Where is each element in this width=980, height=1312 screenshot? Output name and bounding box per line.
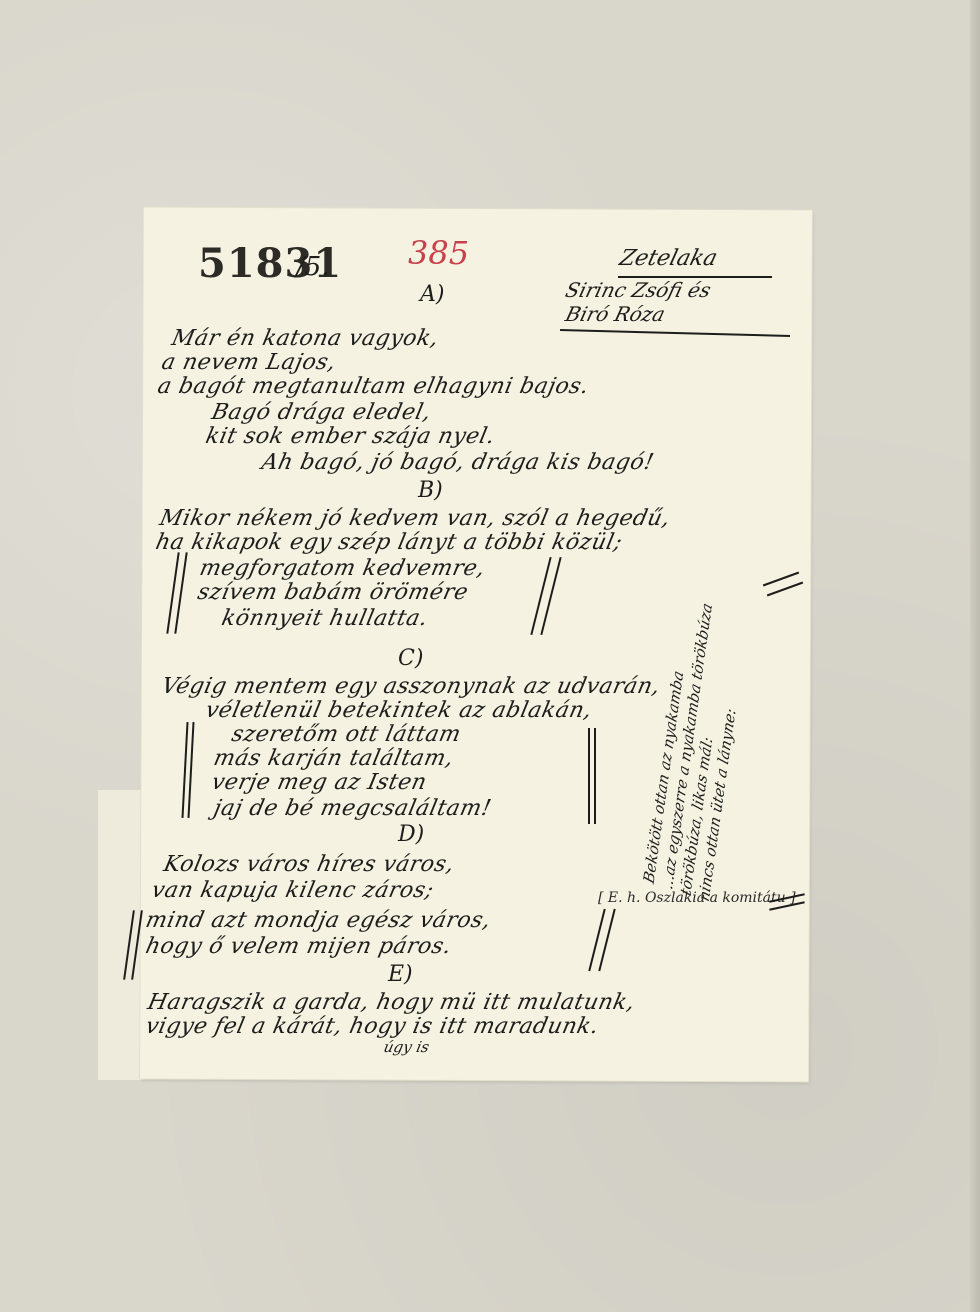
verse-b-line-2: ha kikapok egy szép lányt a többi közül; bbox=[153, 530, 624, 555]
verse-a-line-5: kit sok ember szája nyel. bbox=[203, 424, 497, 449]
place-name: Zetelaka bbox=[617, 246, 720, 271]
verse-a-line-4: Bagó drága eledel, bbox=[209, 400, 433, 425]
verse-b-line-5: könnyeit hullatta. bbox=[219, 606, 430, 631]
verse-d-line-1: Kolozs város híres város, bbox=[161, 852, 456, 877]
informants-line-2: Biró Róza bbox=[563, 302, 668, 326]
verse-b-line-3: megforgatom kedvemre, bbox=[197, 556, 487, 581]
verse-c-line-1: Végig mentem egy asszonynak az udvarán, bbox=[159, 674, 662, 699]
section-mark-b: B) bbox=[418, 478, 443, 503]
verse-a-line-6: Ah bagó, jó bagó, drága kis bagó! bbox=[259, 450, 656, 475]
verse-b-line-1: Mikor nékem jó kedvem van, szól a hegedű… bbox=[157, 506, 672, 531]
verse-c-line-3: szeretőm ott láttam bbox=[229, 722, 463, 747]
verse-d-line-3: mind azt mondja egész város, bbox=[143, 908, 493, 933]
verse-a-line-3: a bagót megtanultam elhagyni bajos. bbox=[155, 374, 591, 399]
section-mark-a: A) bbox=[420, 282, 444, 307]
red-catalog-number: 385 bbox=[408, 234, 469, 272]
verse-b-line-4: szívem babám örömére bbox=[195, 580, 470, 605]
verse-c-line-4: más karján találtam, bbox=[211, 746, 456, 771]
mount-board-edge bbox=[970, 0, 980, 1312]
verse-e-line-1: Haragszik a garda, hogy mü itt mulatunk, bbox=[145, 990, 637, 1015]
verse-c-line-5: verje meg az Isten bbox=[209, 770, 429, 795]
archive-sub-number: /5. bbox=[296, 252, 330, 282]
verse-c-line-2: véletlenül betekintek az ablakán, bbox=[203, 698, 594, 723]
verse-d-line-4: hogy ő velem mijen páros. bbox=[143, 934, 453, 959]
verse-c-line-6: jaj de bé megcsaláltam! bbox=[211, 796, 493, 821]
repeat-bar-right-4 bbox=[594, 728, 596, 824]
verse-a-line-1: Már én katona vagyok, bbox=[169, 326, 441, 351]
section-mark-d: D) bbox=[398, 822, 424, 847]
verse-a-line-2: a nevem Lajos, bbox=[159, 350, 338, 375]
verse-d-line-2: van kapuja kilenc záros; bbox=[149, 878, 436, 903]
section-mark-e: E) bbox=[388, 962, 413, 987]
section-mark-c: C) bbox=[398, 646, 423, 671]
informants-line-1: Sirinc Zsófi és bbox=[563, 278, 713, 302]
interlinear-insert: úgy is bbox=[382, 1038, 431, 1056]
repeat-bar-right-3 bbox=[588, 728, 590, 824]
verse-e-line-2: vigye fel a kárát, hogy is itt maradunk. bbox=[143, 1014, 601, 1039]
